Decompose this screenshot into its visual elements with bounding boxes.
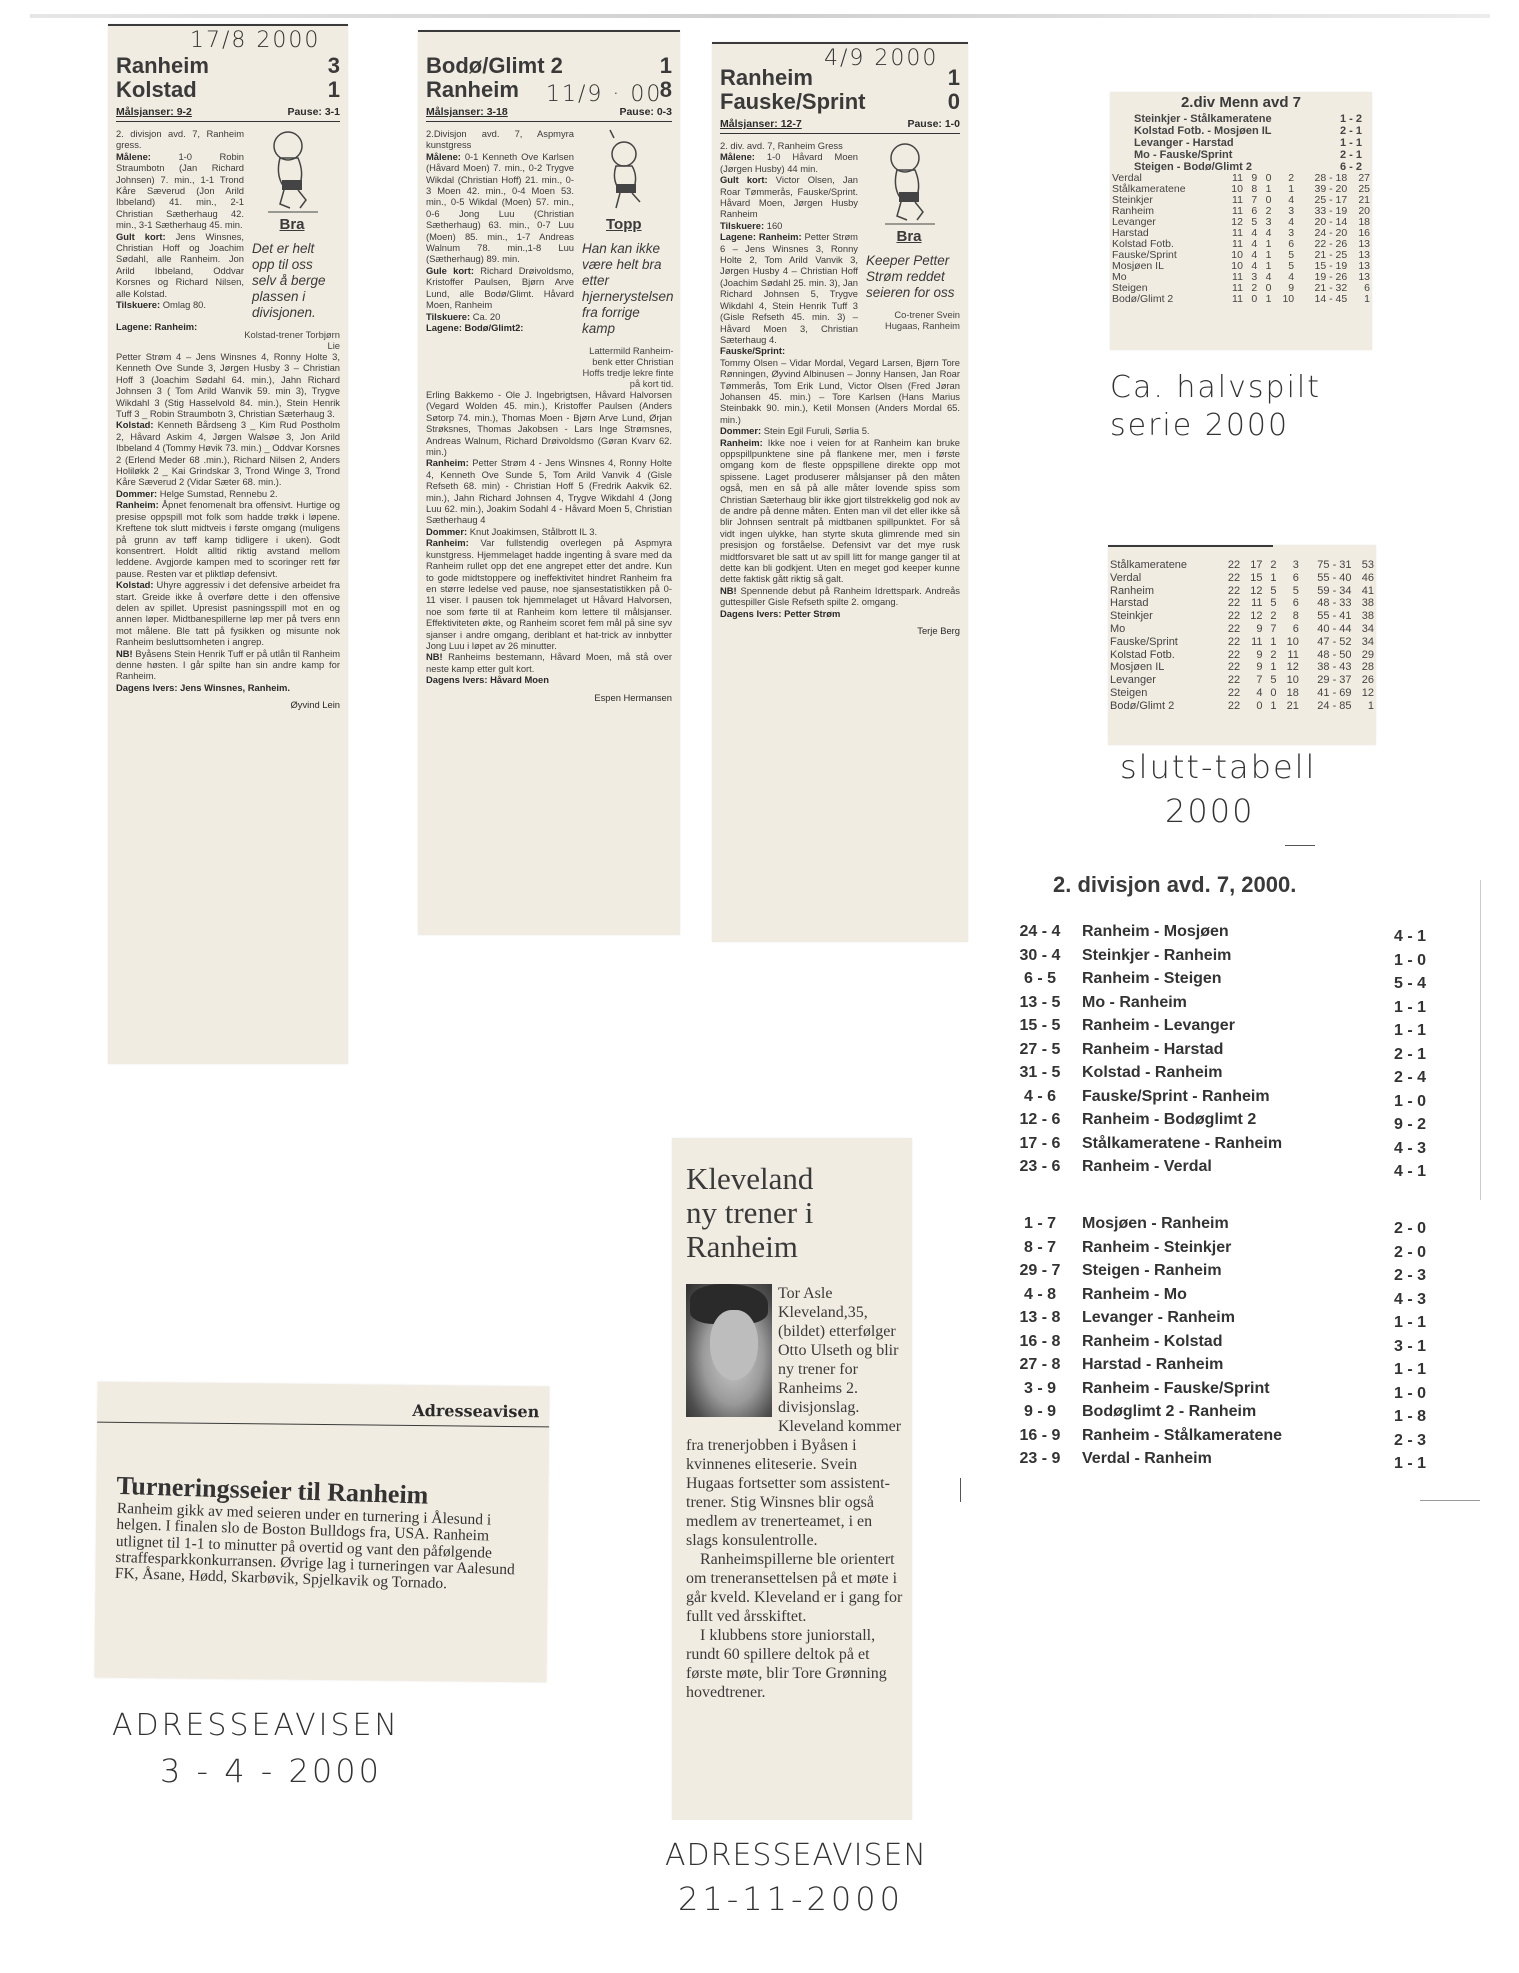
mascot-running-icon [262,128,322,214]
cell-p: 22 [1220,661,1242,674]
fixture-date: 3 - 9 [1010,1377,1070,1401]
fixture-date: 24 - 4 [1010,920,1070,944]
fixture-match: Stålkameratene - Ranheim [1070,1132,1380,1156]
ivers-label: Dagens Ivers: [720,608,782,619]
handwritten-source: ADRESSEAVISEN [112,1708,400,1743]
halftime: Pause: 3-1 [287,106,340,118]
cell-w: 15 [1242,572,1264,585]
article-headline: Kleveland ny trener i Ranheim [686,1162,906,1264]
home-review: Ikke noe i veien for at Ranheim kan bruk… [720,437,960,585]
fixtures-second-half: 1 - 7Mosjøen - Ranheim2 - 08 - 7Ranheim … [1010,1212,1440,1471]
cell-goals: 29 - 37 [1301,674,1354,687]
cell-l: 21 [1278,700,1300,713]
cell-l: 6 [1278,623,1300,636]
cell-team: Bodø/Glimt 2 [1108,700,1220,713]
article-turneringsseier: Adresseavisen Turneringsseier til Ranhei… [94,1382,549,1683]
table-row: Stålkameratene22172375 - 3153 [1108,559,1376,572]
intro: 2. divisjon avd. 7, Ranheim gress. [116,128,244,150]
cell-pts: 38 [1354,597,1376,610]
referee: Helge Sumstad, Rennebu 2. [160,488,278,499]
fixture-score: 4 - 1 [1380,1160,1440,1184]
nb: Ranheims bestemann, Håvard Moen, må stå … [426,651,672,673]
fixture-date: 13 - 8 [1010,1306,1070,1330]
fixture-match: Ranheim - Levanger [1070,1014,1380,1038]
cell-w: 12 [1242,610,1264,623]
cell-team: Kolstad Fotb. [1108,649,1220,662]
cell-d: 1 [1264,572,1278,585]
cell-d: 2 [1264,559,1278,572]
cell-p: 22 [1220,636,1242,649]
cell-goals: 75 - 31 [1301,559,1354,572]
fixture-date: 4 - 8 [1010,1283,1070,1307]
chances: Målsjanser: 9-2 [116,106,192,118]
referee: Stein Egil Furuli, Sørlia 5. [764,425,870,436]
away-team-row: Kolstad 1 [116,78,340,102]
away-team-row: Ranheim 8 [426,78,672,102]
cell-goals: 59 - 34 [1301,585,1354,598]
rating: Bra [244,216,340,233]
fixture-score: 2 - 4 [1380,1066,1440,1090]
table-row: Bodø/Glimt 211011014 - 451 [1110,294,1372,305]
fixture-match: Kolstad - Ranheim [1070,1061,1380,1085]
cell-team: Harstad [1108,597,1220,610]
result-match: Steinkjer - Stålkameratene [1134,113,1272,125]
fixture-date: 6 - 5 [1010,967,1070,991]
lineup-away-label: Ranheim: [426,457,469,468]
cell-pts: 38 [1354,610,1376,623]
fixture-score: 1 - 1 [1380,1311,1440,1335]
fixture-score: 2 - 3 [1380,1264,1440,1288]
result-row: Steinkjer - Stålkameratene1 - 2 [1110,113,1372,125]
fixture-match: Steinkjer - Ranheim [1070,944,1380,968]
cell-team: Bodø/Glimt 2 [1110,294,1222,305]
cell-p: 22 [1220,610,1242,623]
handwritten-source: ADRESSEAVISEN [665,1838,927,1873]
mascot-running-icon [879,140,939,226]
fixture-row: 8 - 7Ranheim - Steinkjer2 - 0 [1010,1236,1440,1260]
cell-p: 22 [1220,674,1242,687]
cell-goals: 38 - 43 [1301,661,1354,674]
table-row: Levanger22751029 - 3726 [1108,674,1376,687]
underline-mark [1285,845,1315,846]
handwritten-note-halfway-1: Ca. halvspilt [1110,370,1321,405]
handwritten-note-final-2: 2000 [1165,792,1254,830]
cell-d: 0 [1264,687,1278,700]
cell-w: 0 [1242,700,1264,713]
table-row: Mosjøen IL22911238 - 4328 [1108,661,1376,674]
cell-d: 5 [1264,585,1278,598]
cell-w: 9 [1242,623,1264,636]
cell-d: 1 [1259,294,1273,305]
fixture-match: Ranheim - Mosjøen [1070,920,1380,944]
newspaper-masthead: Adresseavisen [412,1401,539,1421]
fixtures-title: 2. divisjon avd. 7, 2000. [1053,872,1296,898]
fixture-row: 12 - 6Ranheim - Bodøglimt 29 - 2 [1010,1108,1440,1132]
goals-label: Målene: [426,151,461,162]
cell-d: 7 [1264,623,1278,636]
lineup-label: Lagene: Ranheim: [116,321,197,332]
home-review: Åpnet fenomenalt bra offensivt. Hurtige … [116,499,340,578]
cell-team: Ranheim [1108,585,1220,598]
goals-label: Målene: [116,151,151,162]
lineup-away-label: Kolstad: [116,419,154,430]
result-score: 1 - 1 [1340,137,1362,149]
home-review: Var fullstendig overlegen på Aspmyra kun… [426,537,672,651]
cell-l: 18 [1278,687,1300,700]
fixture-date: 23 - 9 [1010,1447,1070,1471]
fixture-row: 3 - 9Ranheim - Fauske/Sprint1 - 0 [1010,1377,1440,1401]
home-team: Ranheim [116,54,209,78]
divider [1108,545,1273,547]
fixture-match: Ranheim - Fauske/Sprint [1070,1377,1380,1401]
home-team-row: Ranheim 3 [116,54,340,78]
cell-pts: 28 [1354,661,1376,674]
fixture-score: 1 - 0 [1380,949,1440,973]
cards-label: Gult kort: [720,174,768,185]
fixture-row: 17 - 6Stålkameratene - Ranheim4 - 3 [1010,1132,1440,1156]
fixture-score: 1 - 1 [1380,1019,1440,1043]
match-report-ranheim-kolstad: 17/8 2000 Ranheim 3 Kolstad 1 Målsjanser… [108,24,348,1064]
fixture-score: 4 - 1 [1380,925,1440,949]
fixture-match: Mosjøen - Ranheim [1070,1212,1380,1236]
fixture-row: 16 - 9Ranheim - Stålkameratene2 - 3 [1010,1424,1440,1448]
cell-p: 22 [1220,572,1242,585]
table-row: Steinkjer22122855 - 4138 [1108,610,1376,623]
fixture-score: 1 - 0 [1380,1090,1440,1114]
fixture-score: 1 - 1 [1380,1358,1440,1382]
ivers: Petter Strøm [784,608,840,619]
rating: Topp [574,216,674,233]
cell-l: 8 [1278,610,1300,623]
cell-pts: 1 [1354,700,1376,713]
fixture-row: 15 - 5Ranheim - Levanger1 - 1 [1010,1014,1440,1038]
cell-l: 6 [1278,597,1300,610]
cell-goals: 41 - 69 [1301,687,1354,700]
fixture-row: 23 - 9Verdal - Ranheim1 - 1 [1010,1447,1440,1471]
cell-l: 5 [1278,585,1300,598]
fixture-score: 2 - 0 [1380,1217,1440,1241]
chances-row: Målsjanser: 9-2 Pause: 3-1 [116,102,340,122]
fixture-row: 9 - 9Bodøglimt 2 - Ranheim1 - 8 [1010,1400,1440,1424]
cell-team: Fauske/Sprint [1108,636,1220,649]
cell-l: 12 [1278,661,1300,674]
fixture-row: 30 - 4Steinkjer - Ranheim1 - 0 [1010,944,1440,968]
fixtures-first-half: 24 - 4Ranheim - Mosjøen4 - 130 - 4Steink… [1010,920,1440,1179]
cell-l: 11 [1278,649,1300,662]
fixture-row: 4 - 6Fauske/Sprint - Ranheim1 - 0 [1010,1085,1440,1109]
cell-pts: 41 [1354,585,1376,598]
fixture-date: 27 - 8 [1010,1353,1070,1377]
fixture-date: 13 - 5 [1010,991,1070,1015]
fixture-match: Fauske/Sprint - Ranheim [1070,1085,1380,1109]
halftime: Pause: 0-3 [619,106,672,118]
article-paragraph-2: Ranheimspillerne ble orientert om trener… [686,1550,906,1626]
result-match: Levanger - Harstad [1134,137,1234,149]
fixture-date: 12 - 6 [1010,1108,1070,1132]
fixture-date: 4 - 6 [1010,1085,1070,1109]
ivers-label: Dagens Ivers: [116,682,178,693]
intro: 2.Divisjon avd. 7, Aspmyra kunstgress [426,128,574,150]
fixture-match: Ranheim - Mo [1070,1283,1380,1307]
home-score: 1 [948,66,960,90]
away-review-label: Kolstad: [116,579,154,590]
nb-label: NB! [116,648,133,659]
cell-p: 22 [1220,649,1242,662]
cell-l: 10 [1278,636,1300,649]
handwritten-date: 3 - 4 - 2000 [160,1752,382,1790]
goals-label: Målene: [720,151,755,162]
cell-l: 10 [1273,294,1296,305]
fixture-score: 1 - 0 [1380,1382,1440,1406]
cell-d: 1 [1264,661,1278,674]
cell-d: 2 [1264,610,1278,623]
spectators: 160 [767,220,783,231]
cell-l: 6 [1278,572,1300,585]
fixture-match: Ranheim - Kolstad [1070,1330,1380,1354]
home-score: 3 [328,54,340,78]
ivers: Håvard Moen [490,674,549,685]
quote: Det er helt opp til oss selv å berge pla… [244,241,340,321]
cell-team: Steinkjer [1108,610,1220,623]
scan-top-edge [30,14,1490,18]
cell-pts: 34 [1354,623,1376,636]
cell-goals: 48 - 50 [1301,649,1354,662]
lineup-home: Petter Strøm 4 – Jens Winsnes 4, Ronny H… [116,351,340,419]
cell-p: 22 [1220,700,1242,713]
halftime: Pause: 1-0 [907,118,960,130]
cell-goals: 24 - 85 [1301,700,1354,713]
handwritten-note-final-1: slutt-tabell [1120,748,1316,786]
fixture-date: 16 - 9 [1010,1424,1070,1448]
home-score: 1 [660,54,672,78]
spectators-label: Tilskuere: [426,311,470,322]
cell-pts: 46 [1354,572,1376,585]
result-row: Mo - Fauske/Sprint2 - 1 [1110,149,1372,161]
table-row: Steigen22401841 - 6912 [1108,687,1376,700]
cell-pts: 26 [1354,674,1376,687]
rating: Bra [858,228,960,245]
home-review-label: Ranheim: [426,537,469,548]
nb: Spennende debut på Ranheim Idrettspark. … [720,585,960,607]
fixture-match: Ranheim - Harstad [1070,1038,1380,1062]
quote-attribution: Kolstad-trener Torbjørn Lie [244,329,340,351]
final-league-table: Stålkameratene22172375 - 3153Verdal22151… [1108,545,1376,745]
cell-p: 22 [1220,687,1242,700]
chances-row: Målsjanser: 3-18 Pause: 0-3 [426,102,672,122]
referee-label: Dommer: [720,425,761,436]
fixture-date: 30 - 4 [1010,944,1070,968]
fixture-score: 1 - 1 [1380,996,1440,1020]
chances-row: Målsjanser: 12-7 Pause: 1-0 [720,114,960,134]
fixture-match: Ranheim - Stålkameratene [1070,1424,1380,1448]
cell-w: 12 [1242,585,1264,598]
cell-team: Mo [1108,623,1220,636]
spectators: Omlag 80. [163,299,206,310]
border-mark [1420,1500,1480,1501]
fixture-score: 2 - 1 [1380,1043,1440,1067]
table-row: Harstad22115648 - 3338 [1108,597,1376,610]
table-row: Kolstad Fotb.22921148 - 5029 [1108,649,1376,662]
article-body: Ranheim gikk av med seieren under en tur… [115,1501,533,1596]
photo-caption: Lattermild Ranheim-benk etter Christian … [574,345,674,389]
result-match: Mo - Fauske/Sprint [1134,149,1232,161]
cell-p: 22 [1220,623,1242,636]
away-team: Kolstad [116,78,197,102]
fixture-date: 9 - 9 [1010,1400,1070,1424]
border-mark [960,1478,961,1502]
table-row: Bodø/Glimt 222012124 - 851 [1108,700,1376,713]
cell-goals: 47 - 52 [1301,636,1354,649]
fixture-row: 16 - 8Ranheim - Kolstad3 - 1 [1010,1330,1440,1354]
cell-pts: 1 [1349,294,1372,305]
author: Terje Berg [720,625,960,636]
fixture-match: Steigen - Ranheim [1070,1259,1380,1283]
cell-pts: 53 [1354,559,1376,572]
fixture-score: 2 - 0 [1380,1241,1440,1265]
fixture-row: 24 - 4Ranheim - Mosjøen4 - 1 [1010,920,1440,944]
fixture-date: 8 - 7 [1010,1236,1070,1260]
cell-w: 11 [1242,636,1264,649]
fixture-score: 9 - 2 [1380,1113,1440,1137]
lineup-label: Lagene: Ranheim: [720,231,802,242]
away-team: Ranheim [426,78,519,102]
article-paragraph-3: I klubbens store juniorstall, rundt 60 s… [686,1626,906,1702]
result-score: 2 - 1 [1340,125,1362,137]
ivers: Jens Winsnes, Ranheim. [180,682,290,693]
cell-team: Steigen [1108,687,1220,700]
fixture-match: Harstad - Ranheim [1070,1353,1380,1377]
cell-goals: 55 - 40 [1301,572,1354,585]
fixture-match: Levanger - Ranheim [1070,1306,1380,1330]
table-row: Ranheim22125559 - 3441 [1108,585,1376,598]
cell-d: 1 [1264,700,1278,713]
table-row: Mo2297640 - 4434 [1108,623,1376,636]
away-score: 0 [948,90,960,114]
fixture-row: 31 - 5Kolstad - Ranheim2 - 4 [1010,1061,1440,1085]
cell-d: 2 [1264,649,1278,662]
fixture-score: 2 - 3 [1380,1429,1440,1453]
cell-d: 1 [1264,636,1278,649]
fixture-row: 27 - 5Ranheim - Harstad2 - 1 [1010,1038,1440,1062]
fixture-date: 29 - 7 [1010,1259,1070,1283]
result-score: 1 - 2 [1340,113,1362,125]
match-report-ranheim-fauske: 4/9 2000 Ranheim 1 Fauske/Sprint 0 Målsj… [712,42,968,942]
halfway-league-table: 2.div Menn avd 7 Steinkjer - Stålkamerat… [1110,92,1372,350]
cell-pts: 12 [1354,687,1376,700]
fixture-row: 1 - 7Mosjøen - Ranheim2 - 0 [1010,1212,1440,1236]
headline-line-2: ny trener i [686,1196,906,1230]
result-row: Levanger - Harstad1 - 1 [1110,137,1372,149]
fixture-row: 4 - 8Ranheim - Mo4 - 3 [1010,1283,1440,1307]
lineup-away-label: Fauske/Sprint: [720,345,785,356]
cell-p: 11 [1222,294,1245,305]
fixture-date: 23 - 6 [1010,1155,1070,1179]
fixture-match: Mo - Ranheim [1070,991,1380,1015]
halfway-standings: Verdal1190228 - 1827Stålkameratene108113… [1110,173,1372,305]
goals: 1-0 Robin Straumbotn (Jan Richard Johnse… [116,151,244,230]
cell-goals: 55 - 41 [1301,610,1354,623]
goals: 0-1 Kenneth Ove Karlsen (Håvard Moen) 7.… [426,151,574,265]
fixture-match: Bodøglimt 2 - Ranheim [1070,1400,1380,1424]
border-mark [1480,880,1481,1200]
ivers-label: Dagens Ivers: [426,674,488,685]
table-row: Verdal22151655 - 4046 [1108,572,1376,585]
away-score: 8 [660,78,672,102]
fixture-date: 17 - 6 [1010,1132,1070,1156]
nb: Byåsens Stein Henrik Tuff er på utlån ti… [116,648,340,682]
cell-w: 9 [1242,649,1264,662]
cell-goals: 40 - 44 [1301,623,1354,636]
fixture-date: 1 - 7 [1010,1212,1070,1236]
cards-label: Gule kort: [426,265,474,276]
final-standings: Stålkameratene22172375 - 3153Verdal22151… [1108,559,1376,713]
fixture-row: 13 - 5Mo - Ranheim1 - 1 [1010,991,1440,1015]
referee-label: Dommer: [116,488,157,499]
away-score: 1 [328,78,340,102]
mascot-cheering-icon [594,128,654,214]
lineup-label: Lagene: Bodø/Glimt2: [426,322,523,333]
cell-w: 4 [1242,687,1264,700]
cell-w: 7 [1242,674,1264,687]
cell-p: 22 [1220,585,1242,598]
cell-l: 3 [1278,559,1300,572]
cell-w: 17 [1242,559,1264,572]
author: Espen Hermansen [426,692,672,703]
spectators-label: Tilskuere: [720,220,764,231]
home-team-row: Bodø/Glimt 2 1 [426,54,672,78]
fixture-row: 13 - 8Levanger - Ranheim1 - 1 [1010,1306,1440,1330]
referee-label: Dommer: [426,526,467,537]
quote: Han kan ikke være helt bra etter hjerner… [574,241,674,337]
cell-pts: 34 [1354,636,1376,649]
fixture-score: 4 - 3 [1380,1137,1440,1161]
fixture-match: Ranheim - Steigen [1070,967,1380,991]
cell-d: 5 [1264,597,1278,610]
author: Øyvind Lein [116,699,340,710]
result-row: Kolstad Fotb. - Mosjøen IL2 - 1 [1110,125,1372,137]
handwritten-date: 21-11-2000 [678,1880,904,1918]
quote: Keeper Petter Strøm reddet seieren for o… [858,253,960,301]
cell-pts: 29 [1354,649,1376,662]
cell-p: 22 [1220,559,1242,572]
match-report-bodoglimt-ranheim: 11/9 · 00 Bodø/Glimt 2 1 Ranheim 8 Målsj… [418,30,680,935]
lineup-home: Petter Strøm 6 – Jens Winsnes 3, Ronny H… [720,231,858,345]
cell-goals: 14 - 45 [1296,294,1349,305]
fixture-date: 31 - 5 [1010,1061,1070,1085]
chances: Målsjanser: 3-18 [426,106,508,118]
cell-team: Stålkameratene [1108,559,1220,572]
spectators: Ca. 20 [473,311,501,322]
handwritten-note-halfway-2: serie 2000 [1110,408,1289,443]
spectators-label: Tilskuere: [116,299,160,310]
headline-line-1: Kleveland [686,1162,906,1196]
fixture-match: Ranheim - Verdal [1070,1155,1380,1179]
fixture-date: 15 - 5 [1010,1014,1070,1038]
lineup-home: Erling Bakkemo - Ole J. Ingebrigtsen, Hå… [426,389,672,457]
table-row: Fauske/Sprint221111047 - 5234 [1108,636,1376,649]
cell-w: 9 [1242,661,1264,674]
fixture-score: 5 - 4 [1380,972,1440,996]
fixture-score: 1 - 1 [1380,1452,1440,1476]
away-team: Fauske/Sprint [720,90,865,114]
home-team-row: Ranheim 1 [720,66,960,90]
chances: Målsjanser: 12-7 [720,118,802,130]
lineup-away: Tommy Olsen – Vidar Mordal, Vegard Larse… [720,357,960,425]
nb-label: NB! [720,585,737,596]
cell-w: 0 [1245,294,1259,305]
fixture-row: 23 - 6Ranheim - Verdal4 - 1 [1010,1155,1440,1179]
cell-team: Verdal [1108,572,1220,585]
